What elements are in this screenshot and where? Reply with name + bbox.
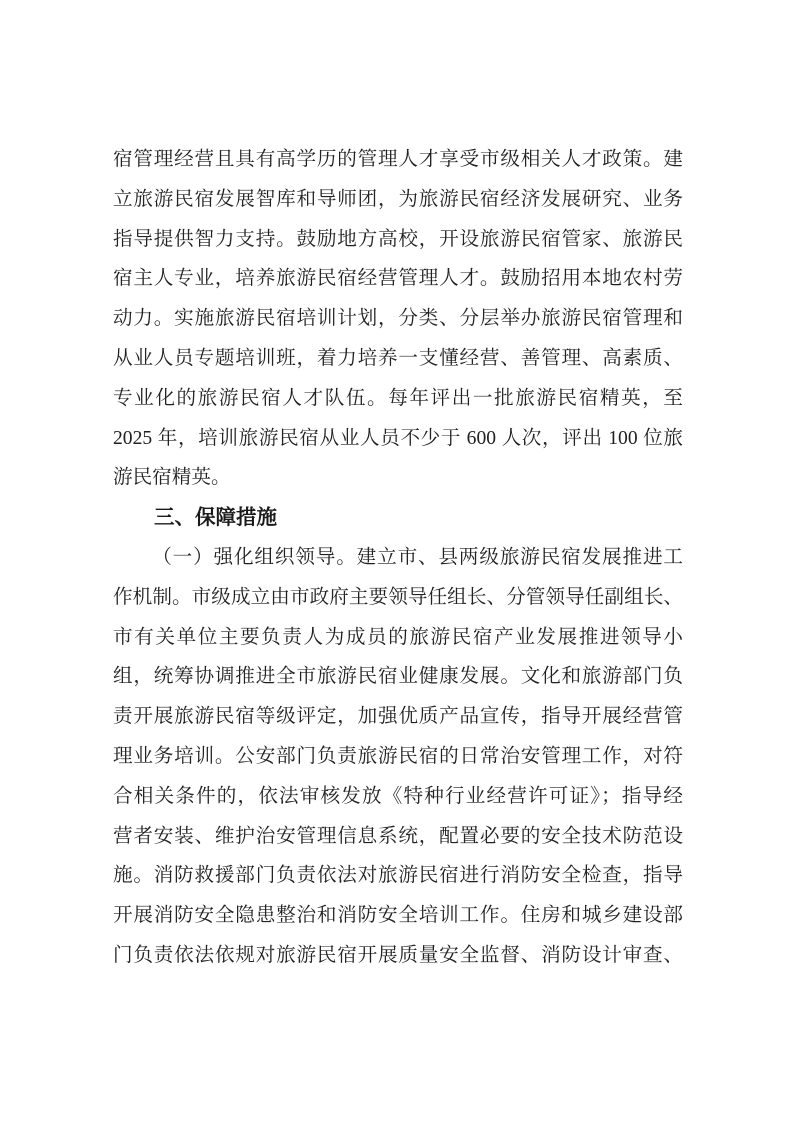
body-text-line: 2025 年，培训旅游民宿从业人员不少于 600 人次，评出 100 位旅	[113, 419, 683, 459]
body-text-line: 专业化的旅游民宿人才队伍。每年评出一批旅游民宿精英，至	[113, 379, 683, 419]
body-text-line: 从业人员专题培训班，着力培养一支懂经营、善管理、高素质、	[113, 339, 683, 379]
body-text-line: 组，统筹协调推进全市旅游民宿业健康发展。文化和旅游部门负	[113, 657, 683, 697]
body-text-line: 立旅游民宿发展智库和导师团，为旅游民宿经济发展研究、业务	[113, 180, 683, 220]
body-text-line: 营者安装、维护治安管理信息系统，配置必要的安全技术防范设	[113, 817, 683, 857]
document-page: 宿管理经营且具有高学历的管理人才享受市级相关人才政策。建 立旅游民宿发展智库和导…	[0, 0, 794, 1122]
body-text-line: 开展消防安全隐患整治和消防安全培训工作。住房和城乡建设部	[113, 896, 683, 936]
body-text-line: 理业务培训。公安部门负责旅游民宿的日常治安管理工作，对符	[113, 737, 683, 777]
body-text-line: 指导提供智力支持。鼓励地方高校，开设旅游民宿管家、旅游民	[113, 220, 683, 260]
body-text-line: 门负责依法依规对旅游民宿开展质量安全监督、消防设计审查、	[113, 936, 683, 976]
body-text-line: 宿管理经营且具有高学历的管理人才享受市级相关人才政策。建	[113, 140, 683, 180]
body-text-line: 动力。实施旅游民宿培训计划，分类、分层举办旅游民宿管理和	[113, 299, 683, 339]
body-text-line: 施。消防救援部门负责依法对旅游民宿进行消防安全检查，指导	[113, 856, 683, 896]
body-text-line: 宿主人专业，培养旅游民宿经营管理人才。鼓励招用本地农村劳	[113, 259, 683, 299]
section-heading: 三、保障措施	[113, 498, 683, 538]
body-text-line: （一）强化组织领导。建立市、县两级旅游民宿发展推进工	[113, 538, 683, 578]
body-text-line: 责开展旅游民宿等级评定，加强优质产品宣传，指导开展经营管	[113, 697, 683, 737]
body-text-line: 合相关条件的，依法审核发放《特种行业经营许可证》；指导经	[113, 777, 683, 817]
document-body: 宿管理经营且具有高学历的管理人才享受市级相关人才政策。建 立旅游民宿发展智库和导…	[113, 140, 683, 976]
body-text-line: 市有关单位主要负责人为成员的旅游民宿产业发展推进领导小	[113, 618, 683, 658]
body-text-line: 作机制。市级成立由市政府主要领导任组长、分管领导任副组长、	[113, 578, 683, 618]
body-text-line: 游民宿精英。	[113, 458, 683, 498]
